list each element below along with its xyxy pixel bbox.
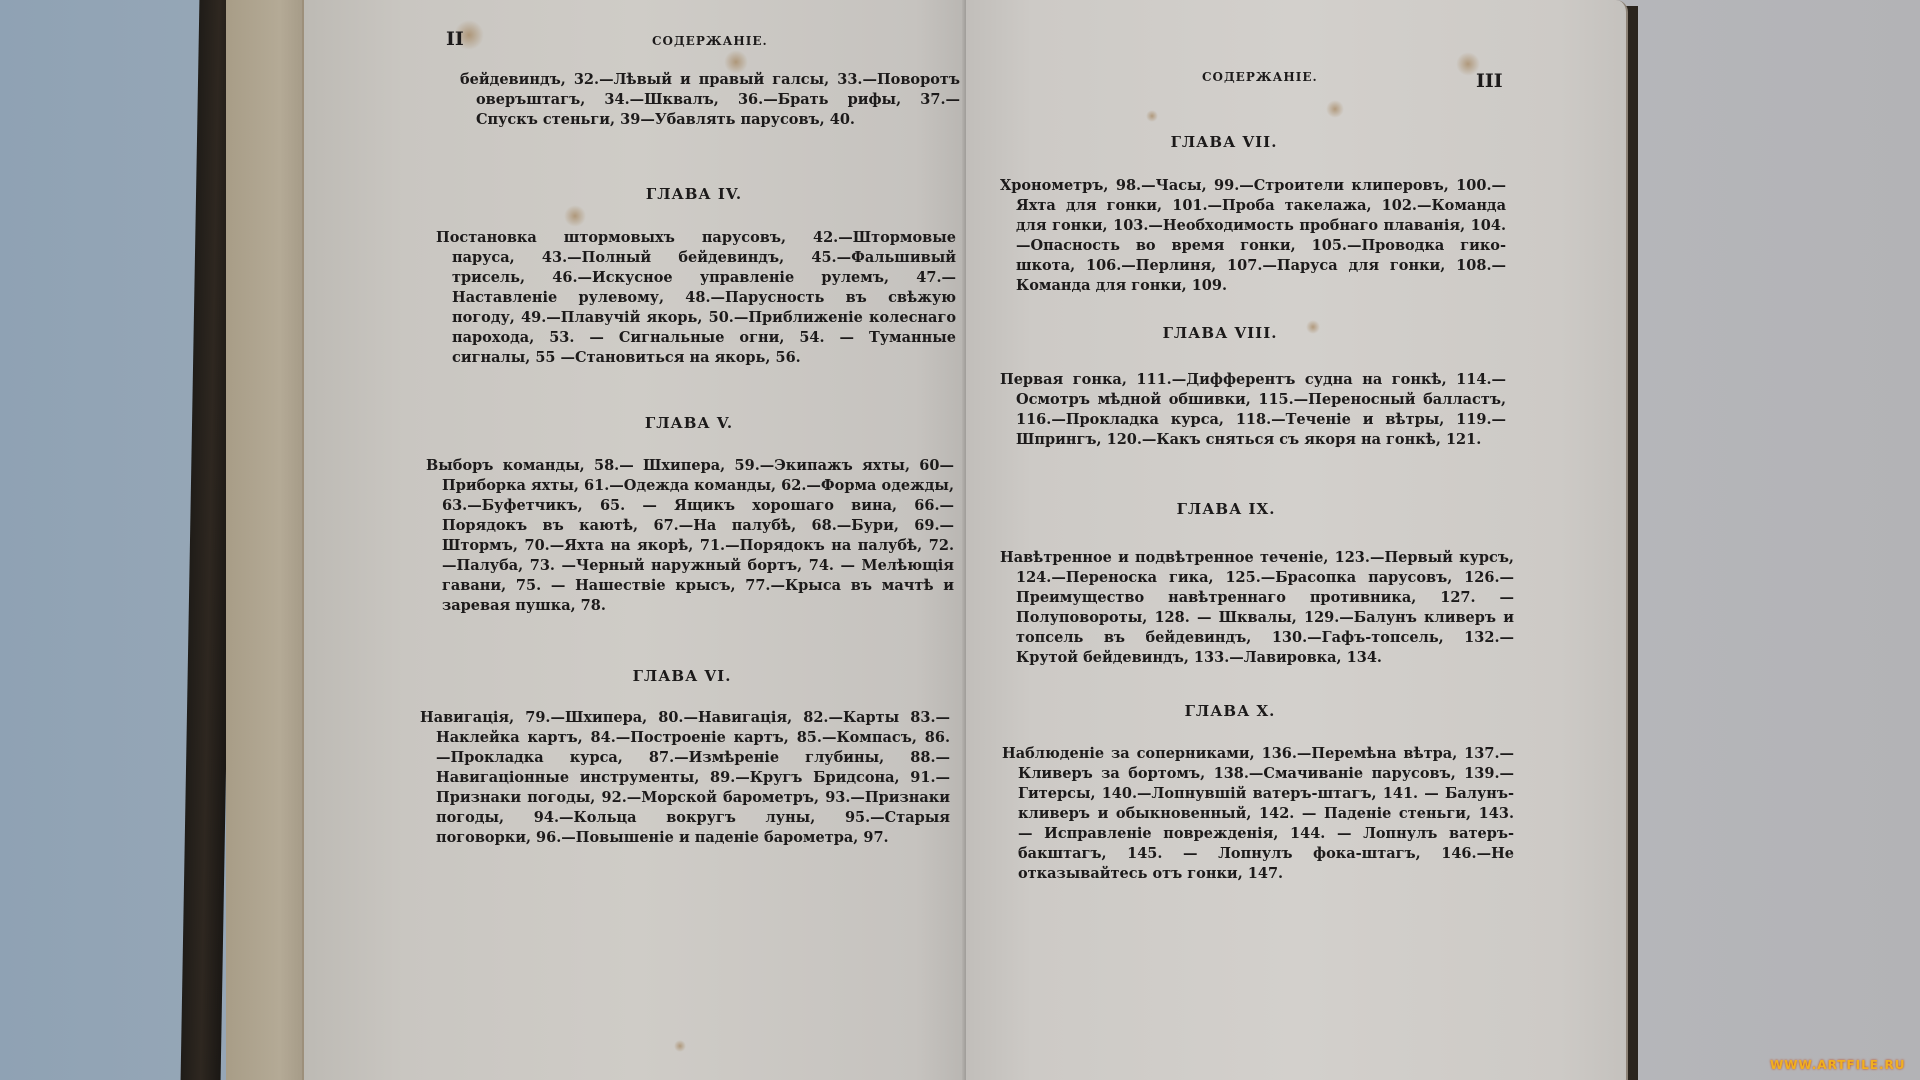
toc-chapter-vi: Навигація, 79.—Шхипера, 80.—Навигація, 8… xyxy=(420,708,950,848)
running-head-left: СОДЕРЖАНІЕ. xyxy=(652,34,768,48)
toc-entry-text: Навигація, 79.—Шхипера, 80.—Навигація, 8… xyxy=(420,708,950,848)
watermark-text: WWW.ARTFILE.RU xyxy=(1770,1058,1906,1072)
chapter-heading-viii: ГЛАВА VIII. xyxy=(1070,324,1370,342)
toc-entry-text: Наблюденіе за соперниками, 136.—Перемѣна… xyxy=(1002,744,1514,884)
left-page: II СОДЕРЖАНІЕ. бейдевиндъ, 32.—Лѣвый и п… xyxy=(302,0,969,1080)
toc-entry-text: Навѣтренное и подвѣтренное теченіе, 123.… xyxy=(1000,548,1514,668)
toc-chapter-vii: Хронометръ, 98.—Часы, 99.—Строители клип… xyxy=(1000,176,1506,296)
right-page: СОДЕРЖАНІЕ. III ГЛАВА VII. Хронометръ, 9… xyxy=(966,0,1628,1080)
toc-chapter-v: Выборъ команды, 58.— Шхипера, 59.—Экипаж… xyxy=(426,456,954,616)
toc-entry-text: Выборъ команды, 58.— Шхипера, 59.—Экипаж… xyxy=(426,456,954,616)
toc-entry-text: бейдевиндъ, 32.—Лѣвый и правый галсы, 33… xyxy=(460,70,960,130)
paper-stain xyxy=(1146,110,1158,122)
paper-stain xyxy=(674,1040,686,1052)
toc-entry-text: Постановка штормовыхъ парусовъ, 42.—Штор… xyxy=(436,228,956,368)
paper-stain xyxy=(564,205,586,227)
toc-chapter-iv: Постановка штормовыхъ парусовъ, 42.—Штор… xyxy=(436,228,956,368)
toc-chapter-x: Наблюденіе за соперниками, 136.—Перемѣна… xyxy=(1002,744,1514,884)
chapter-heading-iv: ГЛАВА IV. xyxy=(544,185,844,203)
chapter-heading-x: ГЛАВА X. xyxy=(1080,702,1380,720)
paper-stain xyxy=(1326,100,1344,118)
running-head-right: СОДЕРЖАНІЕ. xyxy=(1202,70,1318,84)
toc-chapter-viii: Первая гонка, 111.—Дифферентъ судна на г… xyxy=(1000,370,1506,450)
toc-entry-text: Первая гонка, 111.—Дифферентъ судна на г… xyxy=(1000,370,1506,450)
toc-continuation: бейдевиндъ, 32.—Лѣвый и правый галсы, 33… xyxy=(460,70,960,130)
page-number-right: III xyxy=(1476,70,1503,92)
toc-chapter-ix: Навѣтренное и подвѣтренное теченіе, 123.… xyxy=(1000,548,1514,668)
chapter-heading-ix: ГЛАВА IX. xyxy=(1076,500,1376,518)
page-number-left: II xyxy=(446,28,464,50)
chapter-heading-vi: ГЛАВА VI. xyxy=(532,667,832,685)
chapter-heading-vii: ГЛАВА VII. xyxy=(1074,133,1374,151)
toc-entry-text: Хронометръ, 98.—Часы, 99.—Строители клип… xyxy=(1000,176,1506,296)
chapter-heading-v: ГЛАВА V. xyxy=(539,414,839,432)
